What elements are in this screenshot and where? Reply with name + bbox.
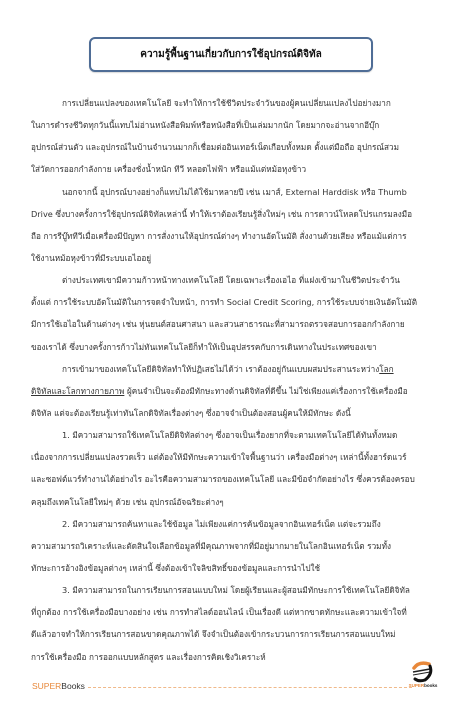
line-text: ดิจิทัล แต่จะต้องเรียนรู้เท่าทันโลกดิจิท… xyxy=(31,408,351,418)
text-line: นอกจากนี้ อุปกรณ์บางอย่างก็แทบไม่ได้ใช้ม… xyxy=(31,181,428,203)
text-line: Drive ซึ่งบางครั้งการใช้อุปกรณ์ดิจิทัลเห… xyxy=(31,203,428,225)
body-text: การเปลี่ยนแปลงของเทคโนโลยี จะทำให้การใช้… xyxy=(31,92,428,668)
line-text: ในการดำรงชีวิตทุกวันนี้แทบไม่อ่านหนังสือ… xyxy=(31,120,379,130)
text-line: ความสามารถวิเคราะห์และตัดสินใจเลือกข้อมู… xyxy=(31,535,428,557)
text-line: มีการใช้เอไอในด้านต่างๆ เช่น หุ่นยนต์สอน… xyxy=(31,313,428,335)
text-line: ที่ถูกต้อง การใช้เครื่องมือบางอย่าง เช่น… xyxy=(31,601,428,623)
line-text: การเปลี่ยนแปลงของเทคโนโลยี จะทำให้การใช้… xyxy=(62,98,391,108)
line-text: อุปกรณ์ส่วนตัว และอุปกรณ์ในบ้านจำนวนมากก… xyxy=(31,142,399,152)
text-line: การเข้ามาของเทคโนโลยีดิจิทัลทำให้ปฏิเสธไ… xyxy=(31,358,428,380)
line-text: ที่ถูกต้อง การใช้เครื่องมือบางอย่าง เช่น… xyxy=(31,607,407,617)
text-line: ทักษะการอ้างอิงข้อมูลต่างๆ เหล่านี้ ซึ่ง… xyxy=(31,557,428,579)
footer-divider xyxy=(88,687,412,688)
line-text: ต่างประเทศเขามีความก้าวหน้าทางเทคโนโลยี … xyxy=(62,275,400,285)
text-line: ในการดำรงชีวิตทุกวันนี้แทบไม่อ่านหนังสือ… xyxy=(31,114,428,136)
logo-text: SUPERbooks xyxy=(403,683,443,688)
line-text: ใส่วัดการออกกำลังกาย เครื่องชั่งน้ำหนัก … xyxy=(31,164,306,174)
text-line: 2. มีความสามารถค้นหาและใช้ข้อมูล ไม่เพีย… xyxy=(31,513,428,535)
line-text: และซอฟต์แวร์ทำงานได้อย่างไร อะไรคือความส… xyxy=(31,474,415,484)
line-text: ถือ การรีบู๊ททีวีเมื่อเครื่องมีปัญหา การ… xyxy=(31,231,407,241)
text-line: ถือ การรีบู๊ททีวีเมื่อเครื่องมีปัญหา การ… xyxy=(31,225,428,247)
logo-books: books xyxy=(424,683,437,688)
text-line: ต่างประเทศเขามีความก้าวหน้าทางเทคโนโลยี … xyxy=(31,269,428,291)
line-text: ของเราได้ ซึ่งบางครั้งการก้าวไม่ทันเทคโน… xyxy=(31,342,377,352)
title-box: ความรู้พื้นฐานเกี่ยวกับการใช้อุปกรณ์ดิจิ… xyxy=(89,37,373,72)
footer-brand-super: SUPER xyxy=(32,681,61,691)
text-line: ใช้งานหม้อหุงข้าวที่มีระบบเอไออยู่ xyxy=(31,247,428,269)
superbooks-logo: SUPERbooks xyxy=(403,660,439,694)
underlined-text: โลก xyxy=(379,364,393,374)
logo-super: SUPER xyxy=(409,683,425,688)
text-line: เนื่องจากการเปลี่ยนแปลงรวดเร็ว แต่ต้องให… xyxy=(31,446,428,468)
line-text: ใช้งานหม้อหุงข้าวที่มีระบบเอไออยู่ xyxy=(31,253,151,263)
line-text: ความสามารถวิเคราะห์และตัดสินใจเลือกข้อมู… xyxy=(31,541,391,551)
line-text: ทักษะการอ้างอิงข้อมูลต่างๆ เหล่านี้ ซึ่ง… xyxy=(31,563,320,573)
page-title: ความรู้พื้นฐานเกี่ยวกับการใช้อุปกรณ์ดิจิ… xyxy=(140,47,321,62)
line-text: 2. มีความสามารถค้นหาและใช้ข้อมูล ไม่เพีย… xyxy=(62,519,381,529)
text-line: 1. มีความสามารถใช้เทคโนโลยีดิจิทัลต่างๆ … xyxy=(31,424,428,446)
text-line: และซอฟต์แวร์ทำงานได้อย่างไร อะไรคือความส… xyxy=(31,468,428,490)
text-line: ดิจิทัลและโลกทางกายภาพ ผู้คนจำเป็นจะต้อง… xyxy=(31,380,428,402)
superbooks-logo-icon xyxy=(403,660,439,684)
text-line: ตั้งแต่ การใช้ระบบอัตโนมัติในการจดจำใบหน… xyxy=(31,291,428,313)
text-line: 3. มีความสามารถในการเรียนการสอนแบบใหม่ โ… xyxy=(31,579,428,601)
line-text: มีการใช้เอไอในด้านต่างๆ เช่น หุ่นยนต์สอน… xyxy=(31,319,405,329)
line-text: เนื่องจากการเปลี่ยนแปลงรวดเร็ว แต่ต้องให… xyxy=(31,452,407,462)
line-text: การใช้เครื่องมือ การออกแบบหลักสูตร และเร… xyxy=(31,652,266,662)
text-line: คลุมถึงเทคโนโลยีใหม่ๆ ด้วย เช่น อุปกรณ์อ… xyxy=(31,491,428,513)
line-text: คลุมถึงเทคโนโลยีใหม่ๆ ด้วย เช่น อุปกรณ์อ… xyxy=(31,497,224,507)
text-line: ใส่วัดการออกกำลังกาย เครื่องชั่งน้ำหนัก … xyxy=(31,158,428,180)
underlined-text: ดิจิทัลและโลกทางกายภาพ xyxy=(31,386,124,396)
line-text: Drive ซึ่งบางครั้งการใช้อุปกรณ์ดิจิทัลเห… xyxy=(31,209,412,219)
line-text: 3. มีความสามารถในการเรียนการสอนแบบใหม่ โ… xyxy=(62,585,410,595)
text-line: การใช้เครื่องมือ การออกแบบหลักสูตร และเร… xyxy=(31,646,428,668)
line-text: ผู้คนจำเป็นจะต้องมีทักษะทางด้านดิจิทัลที… xyxy=(124,386,407,396)
line-text: 1. มีความสามารถใช้เทคโนโลยีดิจิทัลต่างๆ … xyxy=(62,430,397,440)
text-line: ดิจิทัล แต่จะต้องเรียนรู้เท่าทันโลกดิจิท… xyxy=(31,402,428,424)
line-text: นอกจากนี้ อุปกรณ์บางอย่างก็แทบไม่ได้ใช้ม… xyxy=(62,187,407,197)
text-line: ของเราได้ ซึ่งบางครั้งการก้าวไม่ทันเทคโน… xyxy=(31,336,428,358)
footer: SUPERBooks xyxy=(32,679,412,693)
footer-brand-books: Books xyxy=(61,681,85,691)
line-text: ตั้งแต่ การใช้ระบบอัตโนมัติในการจดจำใบหน… xyxy=(31,297,417,307)
text-line: การเปลี่ยนแปลงของเทคโนโลยี จะทำให้การใช้… xyxy=(31,92,428,114)
text-line: ดีแล้วอาจทำให้การเรียนการสอนขาดคุณภาพได้… xyxy=(31,623,428,645)
text-line: อุปกรณ์ส่วนตัว และอุปกรณ์ในบ้านจำนวนมากก… xyxy=(31,136,428,158)
line-text: ดีแล้วอาจทำให้การเรียนการสอนขาดคุณภาพได้… xyxy=(31,629,396,639)
line-text: การเข้ามาของเทคโนโลยีดิจิทัลทำให้ปฏิเสธไ… xyxy=(62,364,379,374)
